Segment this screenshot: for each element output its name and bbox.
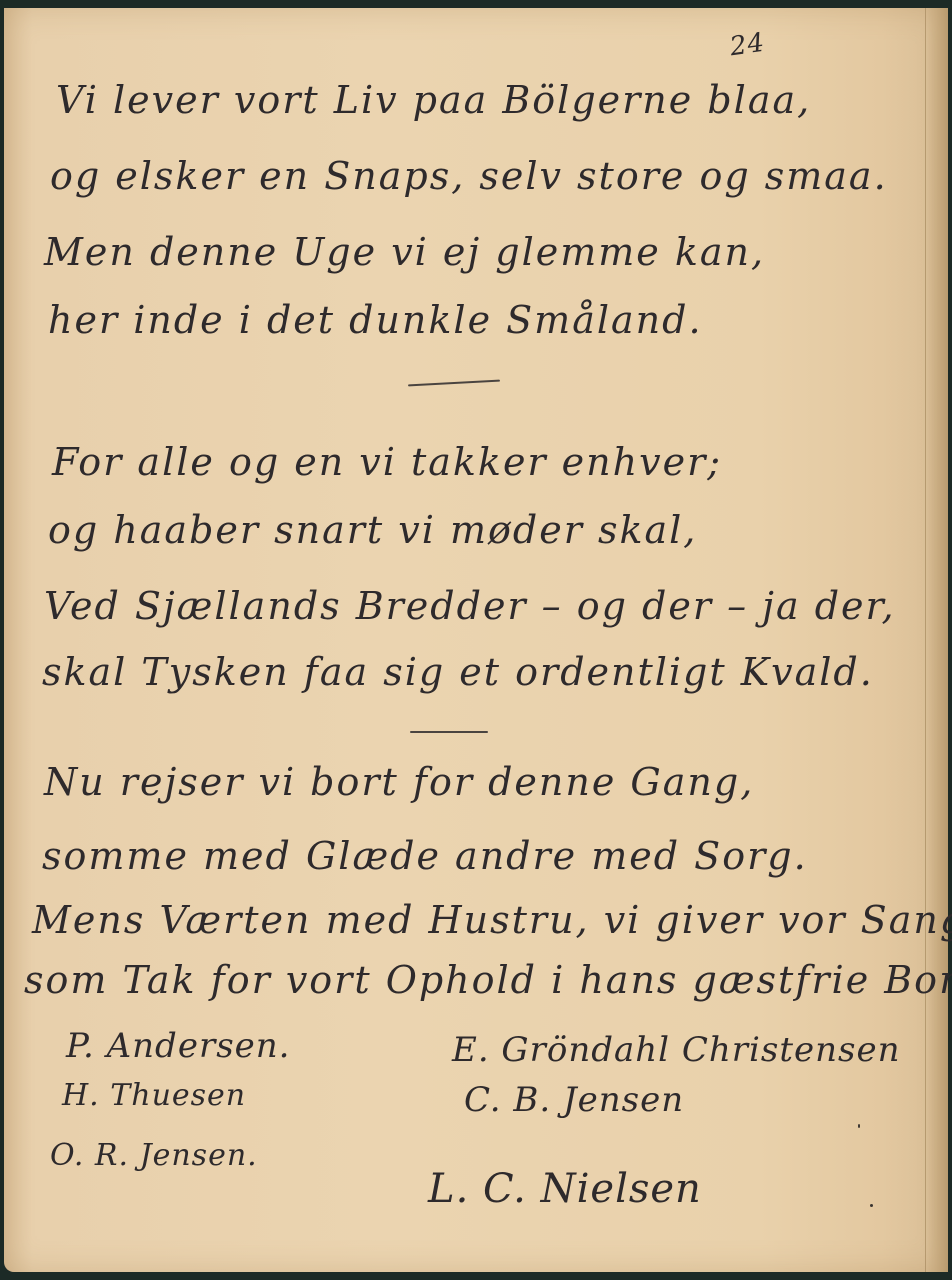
verse-line: Vi lever vort Liv paa Bölgerne blaa, (56, 78, 811, 122)
verse-line: For alle og en vi takker enhver; (52, 440, 722, 484)
signature: C. B. Jensen (464, 1080, 684, 1120)
book-binding: 24 Vi lever vort Liv paa Bölgerne blaa, … (0, 0, 952, 1280)
verse-line: og elsker en Snaps, selv store og smaa. (50, 154, 888, 198)
verse-line: Ved Sjællands Bredder – og der – ja der, (44, 584, 896, 628)
ink-speck (870, 1204, 873, 1207)
signature: O. R. Jensen. (50, 1138, 258, 1173)
verse-line: somme med Glæde andre med Sorg. (42, 834, 808, 878)
verse-line: skal Tysken faa sig et ordentligt Kvald. (42, 650, 874, 694)
verse-line: og haaber snart vi møder skal, (48, 508, 697, 552)
stanza-divider (408, 380, 500, 387)
verse-line: her inde i det dunkle Småland. (48, 298, 703, 342)
stanza-divider (410, 731, 488, 733)
verse-line: Men denne Uge vi ej glemme kan, (44, 230, 765, 274)
verse-line: som Tak for vort Ophold i hans gæstfrie … (24, 958, 952, 1002)
signature: E. Gröndahl Christensen (452, 1030, 900, 1070)
signature: L. C. Nielsen (428, 1166, 702, 1212)
ink-speck (858, 1124, 860, 1128)
signature: H. Thuesen (62, 1078, 246, 1113)
verse-line: Mens Værten med Hustru, vi giver vor San… (32, 898, 952, 942)
manuscript-page: 24 Vi lever vort Liv paa Bölgerne blaa, … (4, 8, 948, 1272)
page-edge-shadow (925, 8, 948, 1272)
verse-line: Nu rejser vi bort for denne Gang, (44, 760, 754, 804)
page-number: 24 (728, 28, 767, 63)
signature: P. Andersen. (66, 1026, 290, 1066)
